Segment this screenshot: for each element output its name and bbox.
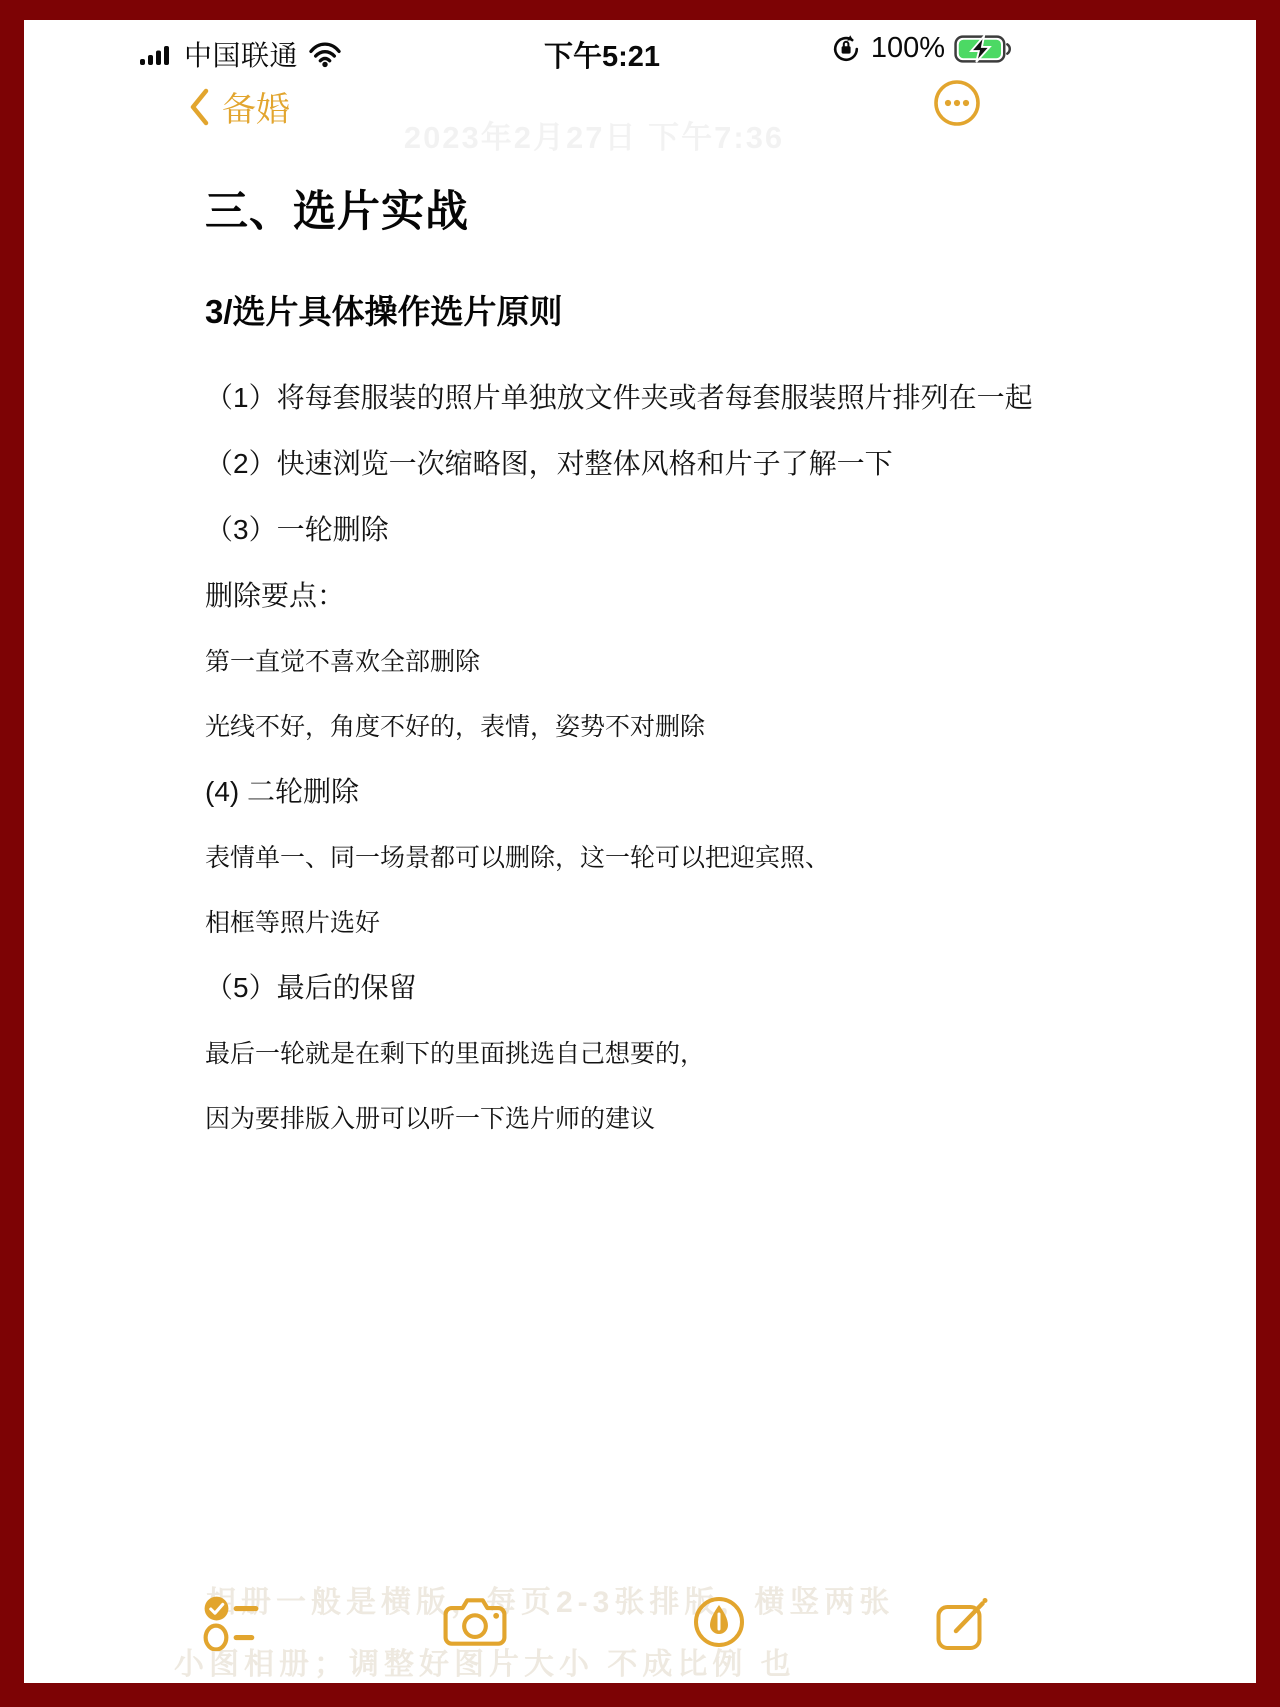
note-line: 最后一轮就是在剩下的里面挑选自己想要的，	[205, 1041, 1136, 1068]
note-title: 三、选片实战	[205, 178, 1136, 239]
note-line: （1）将每套服装的照片单独放文件夹或者每套服装照片排列在一起	[205, 383, 1136, 413]
note-line: (4) 二轮删除	[205, 777, 1136, 807]
note-subtitle: 3/选片具体操作选片原则	[205, 286, 1136, 333]
screenshot-red-frame: 中国联通 下午5:21	[0, 0, 1280, 1707]
more-button[interactable]	[932, 78, 982, 128]
checklist-icon	[202, 1593, 260, 1651]
back-label: 备婚	[222, 82, 290, 131]
note-content[interactable]: 三、选片实战 3/选片具体操作选片原则 （1）将每套服装的照片单独放文件夹或者每…	[24, 152, 1256, 1133]
status-time: 下午5:21	[462, 34, 742, 75]
camera-button[interactable]	[444, 1591, 506, 1653]
nav-bar: 备婚 2023年2月27日 下午7:36	[24, 72, 1256, 152]
note-line: （5）最后的保留	[205, 973, 1136, 1003]
checklist-button[interactable]	[200, 1591, 262, 1653]
status-bar: 中国联通 下午5:21	[24, 20, 1256, 72]
note-line: 相框等照片选好	[205, 910, 1136, 937]
cellular-signal-icon	[140, 42, 174, 66]
note-line: 第一直觉不喜欢全部删除	[205, 649, 1136, 676]
rotation-lock-icon	[830, 33, 862, 65]
note-line: 光线不好，角度不好的，表情，姿势不对删除	[205, 714, 1136, 741]
status-right-group: 100%	[830, 32, 1012, 65]
note-line: （2）快速浏览一次缩略图，对整体风格和片子了解一下	[205, 449, 1136, 479]
ellipsis-circle-icon	[932, 78, 982, 128]
back-button[interactable]: 备婚	[188, 82, 290, 131]
battery-percent: 100%	[871, 32, 945, 65]
markup-button[interactable]	[688, 1591, 750, 1653]
chevron-left-icon	[188, 87, 210, 127]
notes-app-screen: 中国联通 下午5:21	[24, 20, 1256, 1683]
camera-icon	[443, 1595, 507, 1649]
markup-pen-icon	[691, 1594, 747, 1650]
note-line: 删除要点：	[205, 581, 1136, 611]
note-line: 因为要排版入册可以听一下选片师的建议	[205, 1106, 1136, 1133]
compose-button[interactable]	[932, 1591, 994, 1653]
battery-charging-icon	[954, 34, 1012, 64]
note-line: 表情单一、同一场景都可以删除，这一轮可以把迎宾照、	[205, 845, 1136, 872]
wifi-icon	[308, 41, 342, 68]
note-line: （3）一轮删除	[205, 515, 1136, 545]
compose-icon	[935, 1593, 991, 1651]
bottom-toolbar: 相册一般是横版，每页2-3张排版，横竖两张 小图相册；调整好图片大小 不成比例 …	[24, 1573, 1256, 1683]
status-left-group: 中国联通	[140, 34, 342, 74]
carrier-label: 中国联通	[184, 34, 298, 74]
